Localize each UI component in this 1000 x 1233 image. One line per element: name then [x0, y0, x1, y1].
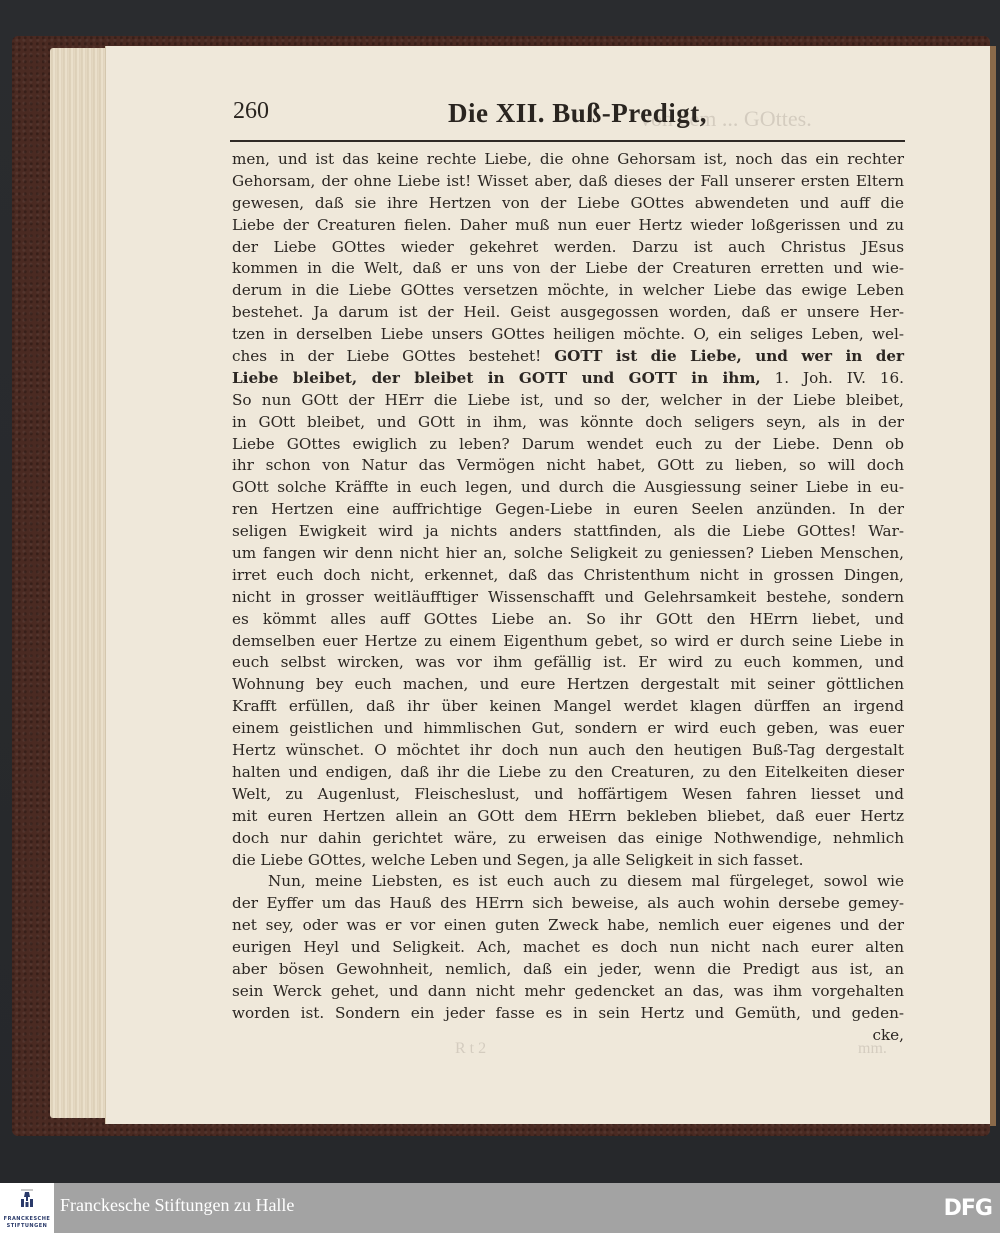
text-line: der Liebe GOttes wieder gekehret werden.… [232, 237, 904, 259]
text-line: Gehorsam, der ohne Liebe ist! Wisset abe… [232, 171, 904, 193]
text-line: Hertz wünschet. O möchtet ihr doch nun a… [232, 740, 904, 762]
text-line: tzen in derselben Liebe unsers GOttes he… [232, 324, 904, 346]
text-line: um fangen wir denn nicht hier an, solche… [232, 543, 904, 565]
text-line: gewesen, daß sie ihre Hertzen von der Li… [232, 193, 904, 215]
header-rule [230, 140, 905, 142]
text-line: Wohnung bey euch machen, und eure Hertze… [232, 674, 904, 696]
text-line: GOtt solche Kräffte in euch legen, und d… [232, 477, 904, 499]
institution-name[interactable]: Franckesche Stiftungen zu Halle [60, 1195, 294, 1216]
text-line: der Eyffer um das Hauß des HErrn sich be… [232, 893, 904, 915]
text-line: sein Werck gehet, und dann nicht mehr ge… [232, 981, 904, 1003]
text-line: So nun GOtt der HErr die Liebe ist, und … [232, 390, 904, 412]
text-line: worden ist. Sondern ein jeder fasse es i… [232, 1003, 904, 1025]
page-number: 260 [233, 98, 269, 125]
logo-text: FRANCKESCHE STIFTUNGEN [2, 1216, 52, 1230]
text-line: in GOtt bleibet, und GOtt in ihm, was kö… [232, 412, 904, 434]
text-line: men, und ist das keine rechte Liebe, die… [232, 149, 904, 171]
page-header: 260 Die XII. Buß-Predigt, [233, 98, 905, 138]
text-line: Liebe bleibet, der bleibet in GOTT und G… [232, 368, 904, 390]
text-line: aber bösen Gewohnheit, nemlich, daß ein … [232, 959, 904, 981]
bold-quotation: GOTT ist die Liebe, und wer in der [554, 347, 904, 365]
statue-icon [19, 1189, 35, 1207]
text-line: bestehet. Ja darum ist der Heil. Geist a… [232, 302, 904, 324]
text-line: Krafft erfüllen, daß ihr über keinen Man… [232, 696, 904, 718]
text-line: Welt, zu Augenlust, Fleischeslust, und h… [232, 784, 904, 806]
text-line: mit euren Hertzen allein an GOtt dem HEr… [232, 806, 904, 828]
text-line: halten und endigen, daß ihr die Liebe zu… [232, 762, 904, 784]
text-line: ren Hertzen eine auffrichtige Gegen-Lieb… [232, 499, 904, 521]
text-line: es kömmt alles auff GOttes Liebe an. So … [232, 609, 904, 631]
scan-background: von dem ... GOttes. mm. R t 2 260 Die XI… [0, 0, 1000, 1183]
running-head: Die XII. Buß-Predigt, [448, 98, 707, 129]
facing-page-edge [990, 46, 996, 1126]
text-line: Liebe der Creaturen fielen. Daher muß nu… [232, 215, 904, 237]
text-line: nicht in grosser weitläufftiger Wissensc… [232, 587, 904, 609]
text-line: eurigen Heyl und Seligkeit. Ach, machet … [232, 937, 904, 959]
text-line: einem geistlichen und himmlischen Gut, s… [232, 718, 904, 740]
text-line: die Liebe GOttes, welche Leben und Segen… [232, 850, 904, 872]
text-line: irret euch doch nicht, erkennet, daß das… [232, 565, 904, 587]
text-line: demselben euer Hertze zu einem Eigenthum… [232, 631, 904, 653]
bold-quotation: Liebe bleibet, der bleibet in GOTT und G… [232, 369, 761, 387]
text-line: derum in die Liebe GOttes versetzen möch… [232, 280, 904, 302]
page-edges [50, 48, 110, 1118]
text-line: Liebe GOttes ewiglich zu leben? Darum we… [232, 434, 904, 456]
text-line: kommen in die Welt, daß er uns von der L… [232, 258, 904, 280]
footer-bar: FRANCKESCHE STIFTUNGEN Franckesche Stift… [0, 1183, 1000, 1233]
text-line: ihr schon von Natur das Vermögen nicht h… [232, 455, 904, 477]
franckesche-logo[interactable]: FRANCKESCHE STIFTUNGEN [0, 1183, 54, 1233]
text-line: ches in der Liebe GOttes bestehet! GOTT … [232, 346, 904, 368]
catchword: cke, [232, 1025, 904, 1047]
text-line: doch nur dahin gerichtet wäre, zu erweis… [232, 828, 904, 850]
text-line: Nun, meine Liebsten, es ist euch auch zu… [232, 871, 904, 893]
text-line: seligen Ewigkeit wird ja nichts anders s… [232, 521, 904, 543]
dfg-logo[interactable]: DFG [944, 1196, 992, 1221]
body-text: men, und ist das keine rechte Liebe, die… [232, 149, 904, 1047]
text-line: net sey, oder was er vor einen guten Zwe… [232, 915, 904, 937]
text-line: euch selbst wircken, was vor ihm gefälli… [232, 652, 904, 674]
